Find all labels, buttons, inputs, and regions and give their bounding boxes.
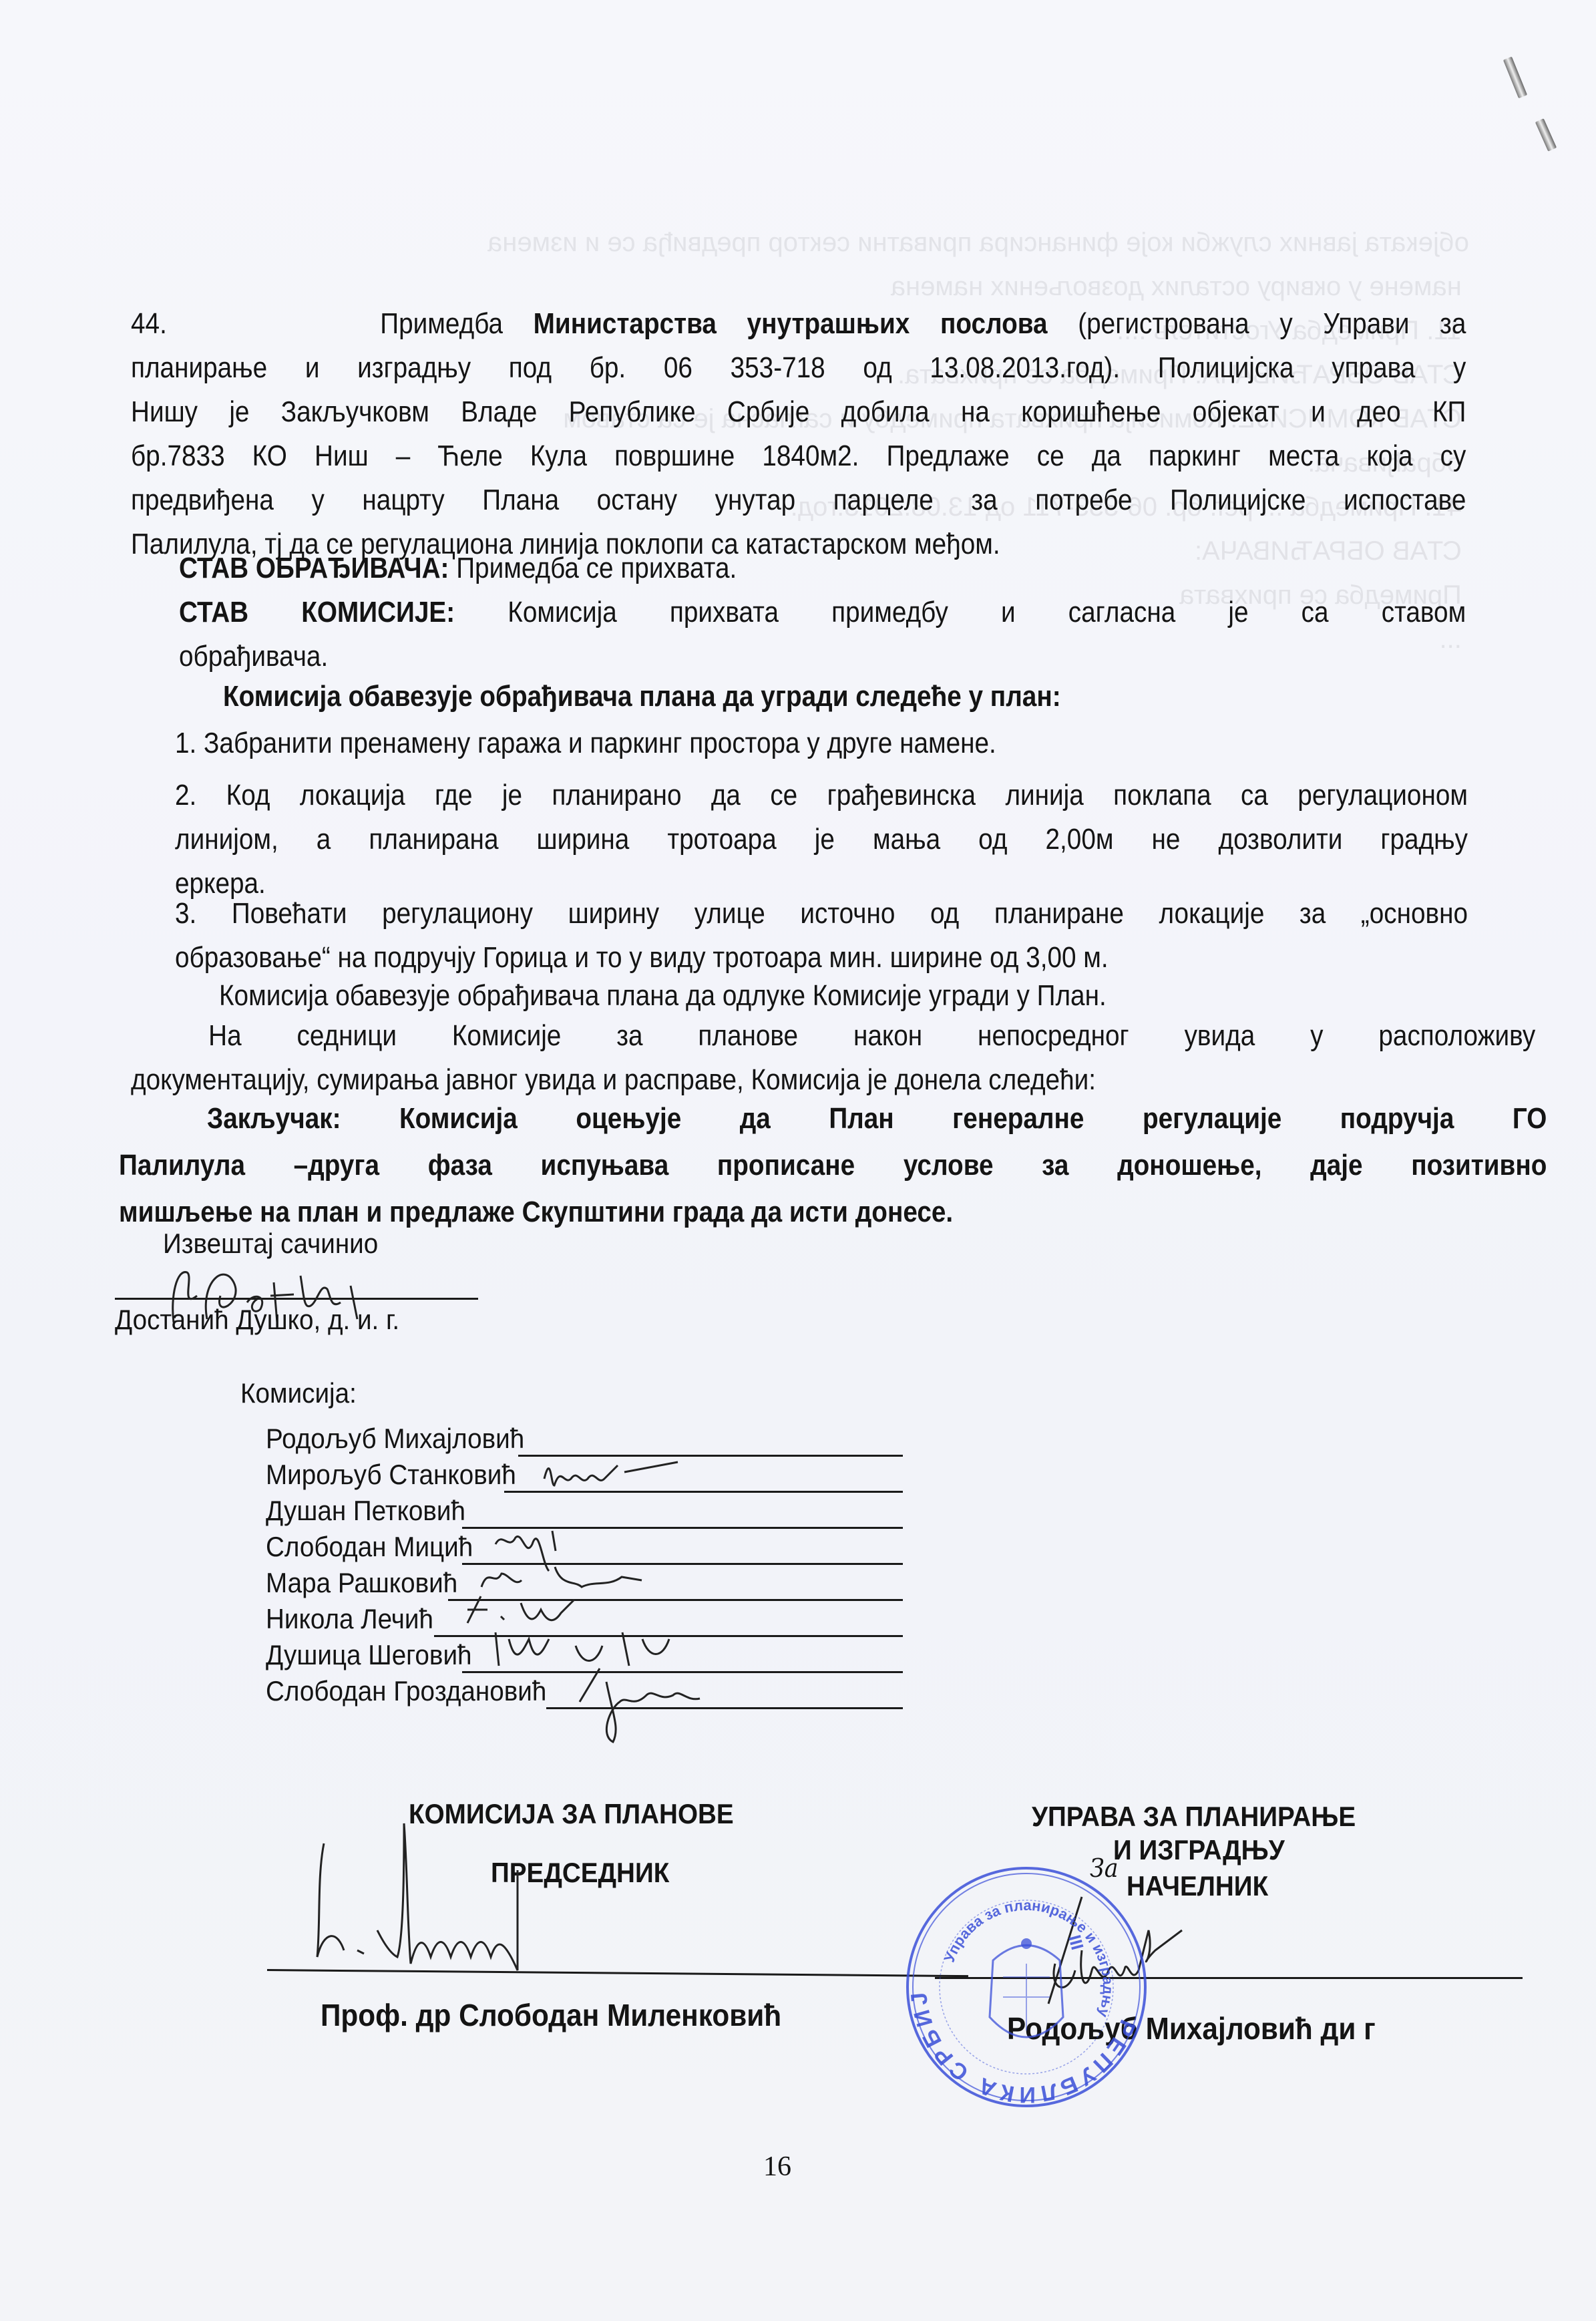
report-author-name: Достанић Душко, д. и. г.	[115, 1304, 399, 1336]
president-signature	[304, 1817, 611, 1977]
item-text-line: (регистрована у Управи за	[1078, 307, 1466, 340]
obligation-2: 2. Код локација где је планирано да се г…	[175, 773, 1468, 906]
item-text-line: планирање и изградњу под бр. 06 353-718 …	[131, 346, 1466, 390]
stav-komisije-text: обрађивача.	[179, 635, 1466, 679]
stav-obradjivaca-label: СТАВ ОБРАЂИВАЧА:	[179, 552, 449, 584]
commission-member-name: Слободан Мицић	[266, 1531, 473, 1563]
administration-org-heading-1: УПРАВА ЗА ПЛАНИРАЊЕ	[1032, 1801, 1356, 1833]
stamp-roman: III	[1064, 1933, 1088, 1952]
commission-label: Комисија:	[240, 1377, 357, 1409]
commission-member-name: Родољуб Михајловић	[266, 1423, 524, 1455]
commission-member-name: Душица Шеговић	[266, 1639, 472, 1671]
item-number: 44.	[131, 307, 167, 340]
commission-member-name: Мирољуб Станковић	[266, 1459, 516, 1491]
item-44-first-line: 44. Примедба Министарства унутрашњих пос…	[131, 302, 1466, 346]
item-text-line: Нишу је Закључковм Владе Републике Србиј…	[131, 390, 1466, 434]
commission-member-name: Мара Рашковић	[266, 1567, 457, 1599]
commission-member-name: Душан Петковић	[266, 1495, 465, 1527]
commission-member-signature	[573, 1662, 773, 1749]
page-number: 16	[763, 2151, 791, 2183]
obligation-1: 1. Забранити пренамену гаража и паркинг …	[175, 721, 1468, 765]
obligation-closing: Комисија обавезује обрађивача плана да о…	[219, 974, 1554, 1018]
stav-obradjivaca-text: Примедба се прихвата.	[456, 552, 737, 584]
item-lead: Примедба	[380, 307, 503, 340]
stav-komisije-text: Комисија прихвата примедбу и сагласна је…	[508, 596, 1466, 629]
official-stamp: РЕПУБЛИКА СРБИЈА Управа за планирање и и…	[903, 1863, 1150, 2111]
obligation-heading: Комисија обавезује обрађивача плана да у…	[223, 675, 1558, 719]
svg-text:Управа за планирање и изградњу: Управа за планирање и изградњу	[941, 1897, 1117, 2020]
commission-member-name: Никола Лечић	[266, 1603, 433, 1635]
obligation-3: 3. Повећати регулациону ширину улице ист…	[175, 892, 1468, 980]
president-name: Проф. др Слободан Миленковић	[321, 1997, 781, 2033]
report-author-label: Извештај сачинио	[163, 1228, 378, 1260]
stamp-inner-text: Управа за планирање и изградњу	[941, 1897, 1117, 2020]
stav-komisije: СТАВ КОМИСИЈЕ: Комисија прихвата примедб…	[179, 590, 1466, 679]
stav-obradjivaca: СТАВ ОБРАЂИВАЧА: Примедба се прихвата.	[179, 546, 1460, 590]
session-paragraph: На седници Комисије за планове након неп…	[131, 1014, 1535, 1102]
conclusion-paragraph: Закључак: Комисија оцењује да План генер…	[119, 1095, 1547, 1236]
stav-komisije-label: СТАВ КОМИСИЈЕ:	[179, 596, 455, 629]
item-text-line: предвиђена у нацрту Плана остану унутар …	[131, 478, 1466, 522]
item-sender: Министарства унутрашњих послова	[534, 307, 1048, 340]
commission-member-name: Слободан Грoздановић	[266, 1675, 546, 1707]
item-text-line: бр.7833 КО Ниш – Ћеле Кула површине 1840…	[131, 434, 1466, 478]
item-44-paragraph: 44. Примедба Министарства унутрашњих пос…	[131, 302, 1466, 566]
administration-org-heading-2: И ИЗГРАДЊУ	[1113, 1834, 1285, 1866]
